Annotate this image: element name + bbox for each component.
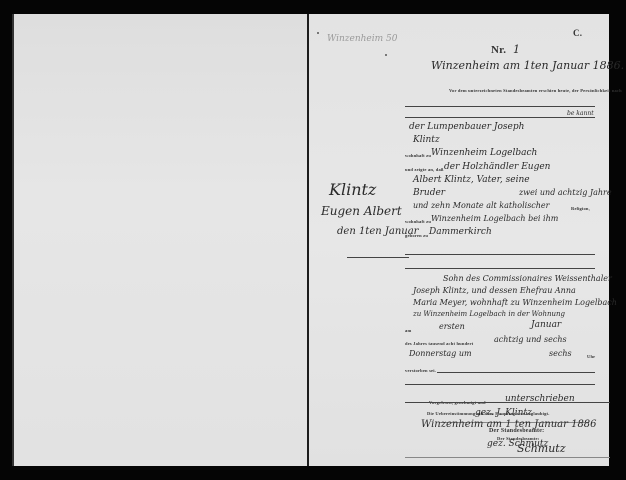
- margin-date: den 1ten Januar: [337, 226, 418, 237]
- margin-note: Klintz Eugen Albert den 1ten Januar: [309, 14, 409, 314]
- margin-given-names: Eugen Albert: [321, 204, 402, 218]
- cert-signature: Schmutz: [517, 442, 566, 455]
- certification-text: Die Uebereinstimmung mit dem Hauptregist…: [427, 411, 550, 416]
- rule: [405, 457, 610, 458]
- margin-rule: [347, 257, 409, 258]
- cert-place-date: Winzenheim am 1 ten Januar 1886: [421, 419, 597, 430]
- margin-surname: Klintz: [329, 180, 376, 199]
- cert-registrar-label: Der Standesbeamte:: [497, 436, 539, 441]
- rule: [405, 402, 610, 403]
- left-page-blank: [12, 14, 310, 466]
